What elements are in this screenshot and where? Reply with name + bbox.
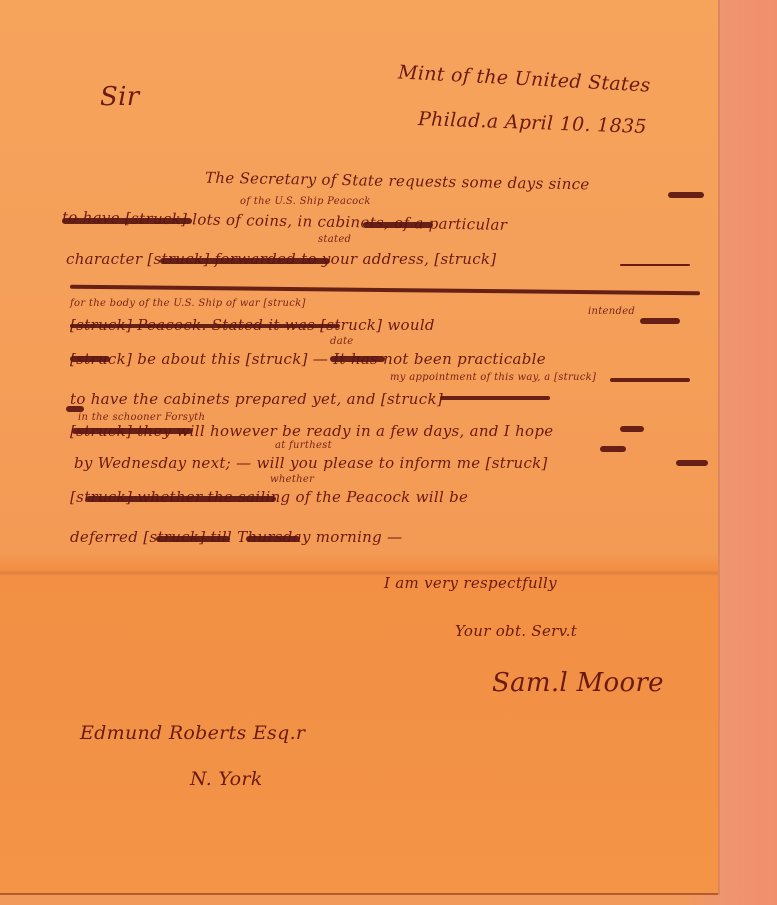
body-line-7: [struck] be about this [struck] — It has… — [70, 350, 546, 368]
strikeout-full-line — [70, 285, 700, 296]
strikeout — [440, 396, 550, 400]
interlineation-1: of the U.S. Ship Peacock — [240, 196, 371, 207]
strikeout — [610, 378, 690, 382]
interlineation-2: stated — [318, 234, 351, 245]
strikeout — [600, 446, 626, 452]
strikeout — [62, 218, 192, 224]
body-line-1: The Secretary of State requests some day… — [205, 169, 590, 194]
strikeout — [620, 426, 644, 432]
body-line-5: for the body of the U.S. Ship of war [st… — [70, 298, 306, 309]
signature: Sam.l Moore — [492, 668, 664, 698]
strikeout — [246, 536, 300, 542]
interlineation-7: at furthest — [275, 440, 332, 451]
letter-paper: Sir Mint of the United States Philad.a A… — [0, 0, 718, 895]
strikeout — [620, 264, 690, 266]
strikeout — [330, 356, 385, 362]
strikeout — [160, 258, 330, 264]
strikeout — [86, 496, 276, 502]
strikeout — [156, 536, 230, 542]
body-line-10: by Wednesday next; — will you please to … — [74, 454, 548, 472]
closing-2: Your obt. Serv.t — [455, 622, 577, 640]
addressee-city: N. York — [190, 768, 263, 790]
strikeout — [66, 406, 84, 412]
strikeout — [640, 318, 680, 324]
strikeout — [676, 460, 708, 466]
body-line-12: deferred [struck] till Thursday morning … — [70, 528, 402, 546]
letterhead-place: Mint of the United States — [398, 61, 651, 96]
strikeout — [70, 356, 110, 362]
salutation: Sir — [100, 82, 139, 112]
strikeout — [668, 192, 704, 198]
interlineation-3: intended — [588, 306, 635, 317]
interlineation-8: whether — [270, 474, 314, 485]
interlineation-5: my appointment of this way, a [struck] — [390, 372, 596, 383]
strikeout — [72, 428, 192, 434]
dateline: Philad.a April 10. 1835 — [418, 108, 647, 138]
addressee-name: Edmund Roberts Esq.r — [80, 722, 305, 744]
closing: I am very respectfully — [384, 574, 557, 592]
paper-fold-crease — [0, 570, 718, 576]
strikeout — [70, 324, 340, 328]
body-line-8: to have the cabinets prepared yet, and [… — [70, 390, 443, 408]
strikeout — [363, 222, 433, 228]
interlineation-4: date — [330, 336, 354, 347]
